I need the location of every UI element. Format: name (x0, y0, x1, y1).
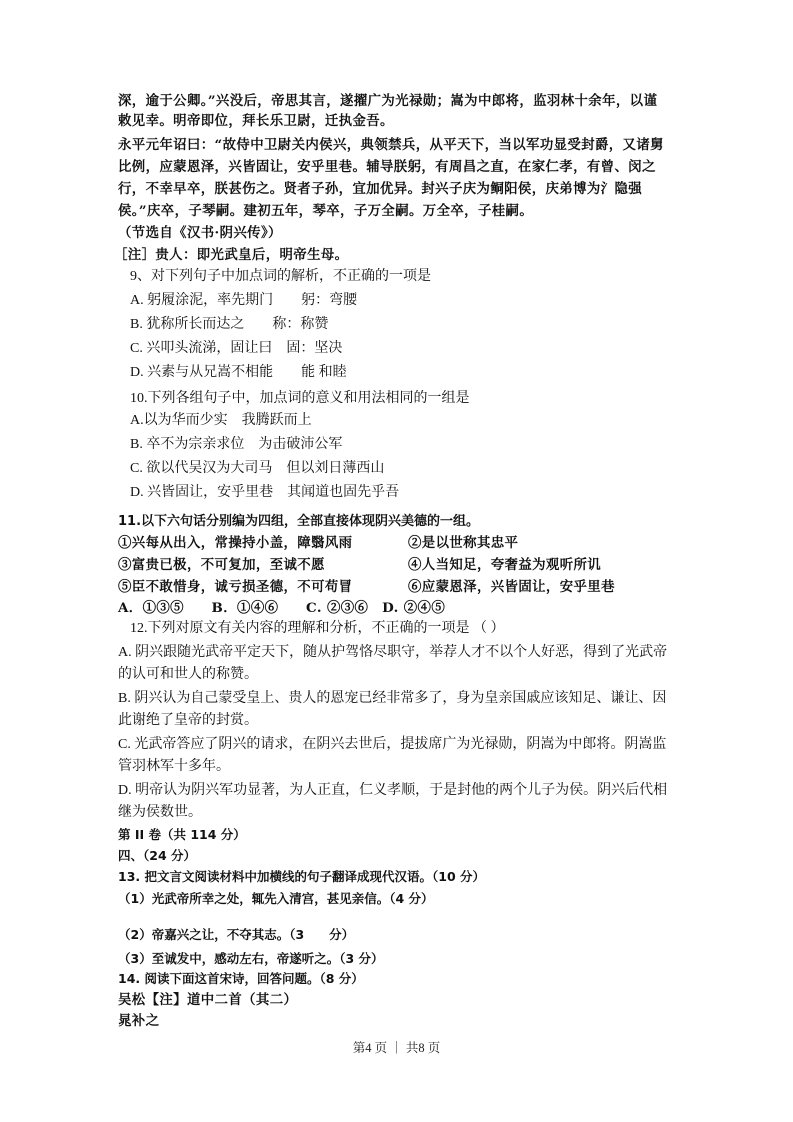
passage-note: ［注］贵人：即光武皇后，明帝生母。 (114, 246, 348, 264)
page-footer: 第4 页 ｜ 共8 页 (0, 1038, 793, 1056)
passage-line: 行，不幸早卒，朕甚伤之。贤者子孙，宜加优异。封兴子庆为鲖阳侯，庆弟博为氵隐强 (118, 180, 642, 198)
passage-source: （节选自《汉书·阴兴传》） (118, 224, 282, 242)
question-9-option-c: C. 兴叩头流涕，固让曰 固：坚决 (130, 340, 342, 358)
question-11-item-1: ①兴每从出入，常操持小盖，障翳风雨 (118, 534, 352, 552)
question-12-line: C. 光武帝答应了阴兴的请求，在阴兴去世后，提拔席广为光禄勋，阴嵩为中郎将。阴嵩… (118, 736, 666, 754)
question-10-option-d: D. 兴皆固让，安乎里巷 其闻道也固先乎吾 (130, 484, 399, 502)
question-11-stem: 11.以下六句话分别编为四组，全部直接体现阴兴美德的一组。 (118, 513, 479, 531)
question-13-item-1: （1）光武帝所幸之处，辄先入清宫，甚见亲信。（4 分） (118, 890, 434, 908)
passage-line: 比例，应蒙恩泽，兴皆固让，安乎里巷。辅导朕躬，有周昌之直，在家仁孝，有曾、闵之 (118, 158, 656, 176)
question-9-option-d: D. 兴素与从兄嵩不相能 能 和睦 (130, 364, 347, 382)
question-9-stem: 9、对下列句子中加点词的解析，不正确的一项是 (130, 268, 431, 286)
passage-line: 敕见幸。明帝即位，拜长乐卫尉，迁执金吾。 (118, 112, 394, 130)
question-11-item-5: ⑤臣不敢惜身，诚亏损圣德，不可苟冒 (118, 578, 352, 596)
part-2-title: 第 II 卷（共 114 分） (118, 826, 246, 844)
question-9-option-a: A. 躬履涂泥，率先期门 躬：弯腰 (130, 292, 357, 310)
question-10-option-c: C. 欲以代吴汉为大司马 但以刘日薄西山 (130, 460, 384, 478)
question-11-item-6: ⑥应蒙恩泽，兴皆固让，安乎里巷 (408, 578, 615, 596)
question-12-line: 管羽林军十多年。 (118, 758, 230, 776)
passage-line: 深，逾于公卿。”兴没后，帝思其言，遂擢广为光禄勋；嵩为中郎将，监羽林十余年，以谨 (118, 92, 657, 110)
question-12-line: 此谢绝了皇帝的封赏。 (118, 712, 258, 730)
question-11-item-3: ③富贵已极，不可复加，至诚不愿 (118, 556, 325, 574)
section-4-title: 四、（24 分） (118, 847, 196, 865)
question-11-choices: A．①③⑤ B．①④⑥ C. ②③⑥ D. ②④⑤ (118, 599, 445, 617)
question-10-option-a: A.以为华而少实 我腾跃而上 (130, 412, 312, 430)
question-12-line: D. 明帝认为阴兴军功显著，为人正直，仁义孝顺，于是封他的两个儿子为侯。阴兴后代… (118, 782, 667, 800)
poem-title: 吴松【注】道中二首（其二） (118, 991, 297, 1009)
question-14-stem: 14. 阅读下面这首宋诗，回答问题。（8 分） (118, 970, 364, 988)
question-11-item-2: ②是以世称其忠平 (408, 534, 518, 552)
question-13-item-2: （2）帝嘉兴之让，不夺其志。（3 分） (118, 926, 354, 944)
passage-line: 侯。”庆卒，子琴嗣。建初五年，琴卒，子万全嗣。万全卒，子桂嗣。 (118, 202, 533, 220)
poem-author: 晁补之 (118, 1012, 159, 1030)
question-12-line: 继为侯数世。 (118, 804, 202, 822)
question-9-option-b: B. 犹称所长而达之 称：称赞 (130, 316, 328, 334)
question-12-line: 的认可和世人的称赞。 (118, 666, 258, 684)
passage-line: 永平元年诏曰：“故侍中卫尉关内侯兴，典领禁兵，从平天下，当以军功显受封爵，又诸舅 (118, 136, 664, 154)
question-12-stem: 12.下列对原文有关内容的理解和分析，不正确的一项是 （ ） (130, 620, 505, 638)
question-13-item-3: （3）至诚发中，感动左右，帝遂听之。（3 分） (118, 950, 384, 968)
question-10-option-b: B. 卒不为宗亲求位 为击破沛公军 (130, 436, 342, 454)
question-12-line: A. 阴兴跟随光武帝平定天下，随从护驾恪尽职守，举荐人才不以个人好恶，得到了光武… (118, 644, 667, 662)
question-12-line: B. 阴兴认为自己蒙受皇上、贵人的恩宠已经非常多了，身为皇亲国戚应该知足、谦让、… (118, 690, 666, 708)
question-13-stem: 13. 把文言文阅读材料中加横线的句子翻译成现代汉语。（10 分） (118, 868, 485, 886)
question-11-item-4: ④人当知足，夸奢益为观听所讥 (408, 556, 601, 574)
question-10-stem: 10.下列各组句子中，加点词的意义和用法相同的一组是 (130, 390, 470, 408)
